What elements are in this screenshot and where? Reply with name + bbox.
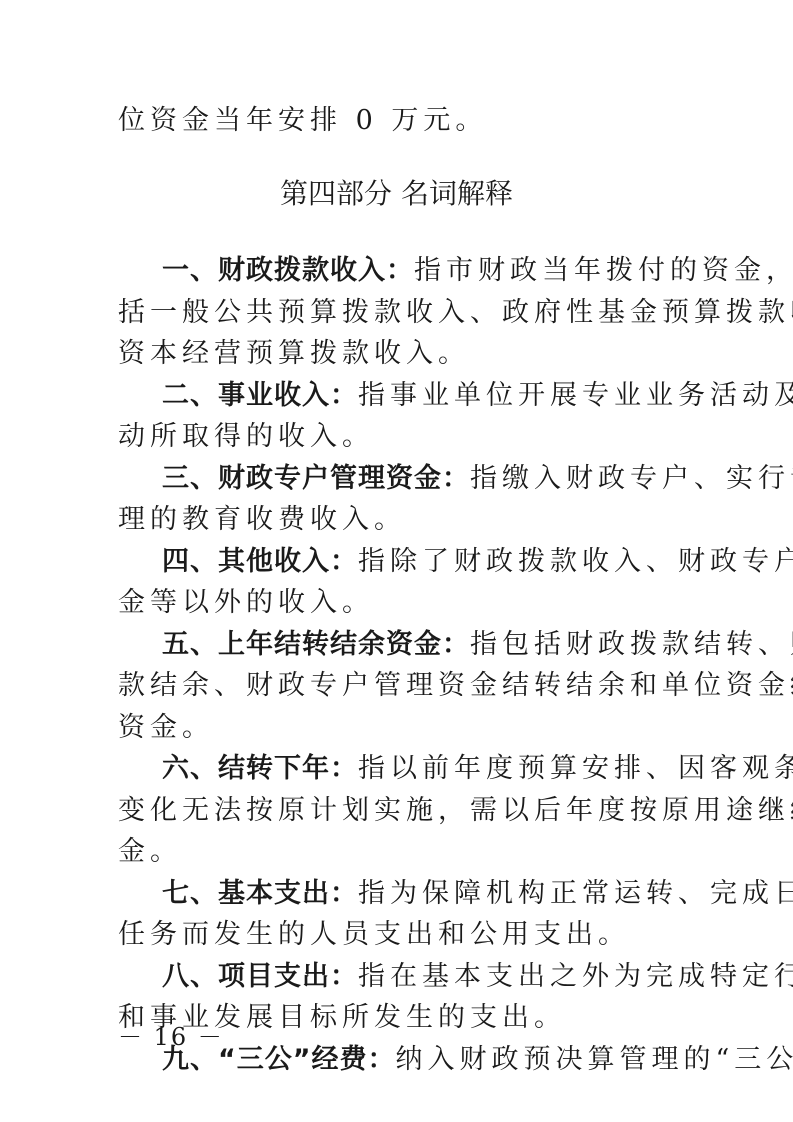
section-title: 第四部分 名词解释 bbox=[0, 174, 793, 214]
definition-term: 五、上年结转结余资金： bbox=[162, 629, 470, 660]
definition-3-line-1: 三、财政专户管理资金：指缴入财政专户、实行专项管 bbox=[118, 458, 674, 500]
definition-3-line-2: 理的教育收费收入。 bbox=[118, 499, 674, 541]
definition-term: 二、事业收入： bbox=[162, 380, 358, 411]
definition-6-line-1: 六、结转下年：指以前年度预算安排、因客观条件发生 bbox=[118, 748, 674, 790]
definition-6-line-2: 变化无法按原计划实施，需以后年度按原用途继续使用的资 bbox=[118, 790, 674, 832]
definition-term: 四、其他收入： bbox=[162, 546, 358, 577]
definition-term: 八、项目支出： bbox=[162, 961, 358, 992]
definition-2-line-1: 二、事业收入：指事业单位开展专业业务活动及辅助活 bbox=[118, 375, 674, 417]
page-number: － 16 － bbox=[118, 1017, 224, 1052]
intro-paragraph: 位资金当年安排 0 万元。 bbox=[118, 100, 674, 142]
definition-4-line-2: 金等以外的收入。 bbox=[118, 582, 674, 624]
definition-4-line-1: 四、其他收入：指除了财政拨款收入、财政专户管理资 bbox=[118, 541, 674, 583]
definition-term: 三、财政专户管理资金： bbox=[162, 463, 470, 494]
definition-term: 六、结转下年： bbox=[162, 753, 358, 784]
definitions-list: 一、财政拨款收入：指市财政当年拨付的资金，主要包 括一般公共预算拨款收入、政府性… bbox=[118, 250, 674, 1080]
definition-2-line-2: 动所取得的收入。 bbox=[118, 416, 674, 458]
definition-8-line-1: 八、项目支出：指在基本支出之外为完成特定行政任务 bbox=[118, 956, 674, 998]
definition-7-line-1: 七、基本支出：指为保障机构正常运转、完成日常工作 bbox=[118, 873, 674, 915]
definition-1-line-1: 一、财政拨款收入：指市财政当年拨付的资金，主要包 bbox=[118, 250, 674, 292]
definition-6-line-3: 金。 bbox=[118, 831, 674, 873]
definition-term: 一、财政拨款收入： bbox=[162, 255, 414, 286]
definition-1-line-2: 括一般公共预算拨款收入、政府性基金预算拨款收入、国有 bbox=[118, 292, 674, 334]
definition-5-line-3: 资金。 bbox=[118, 707, 674, 749]
definition-5-line-2: 款结余、财政专户管理资金结转结余和单位资金结转结余的 bbox=[118, 665, 674, 707]
definition-1-line-3: 资本经营预算拨款收入。 bbox=[118, 333, 674, 375]
definition-7-line-2: 任务而发生的人员支出和公用支出。 bbox=[118, 914, 674, 956]
definition-term: 七、基本支出： bbox=[162, 878, 358, 909]
definition-5-line-1: 五、上年结转结余资金：指包括财政拨款结转、财政拨 bbox=[118, 624, 674, 666]
